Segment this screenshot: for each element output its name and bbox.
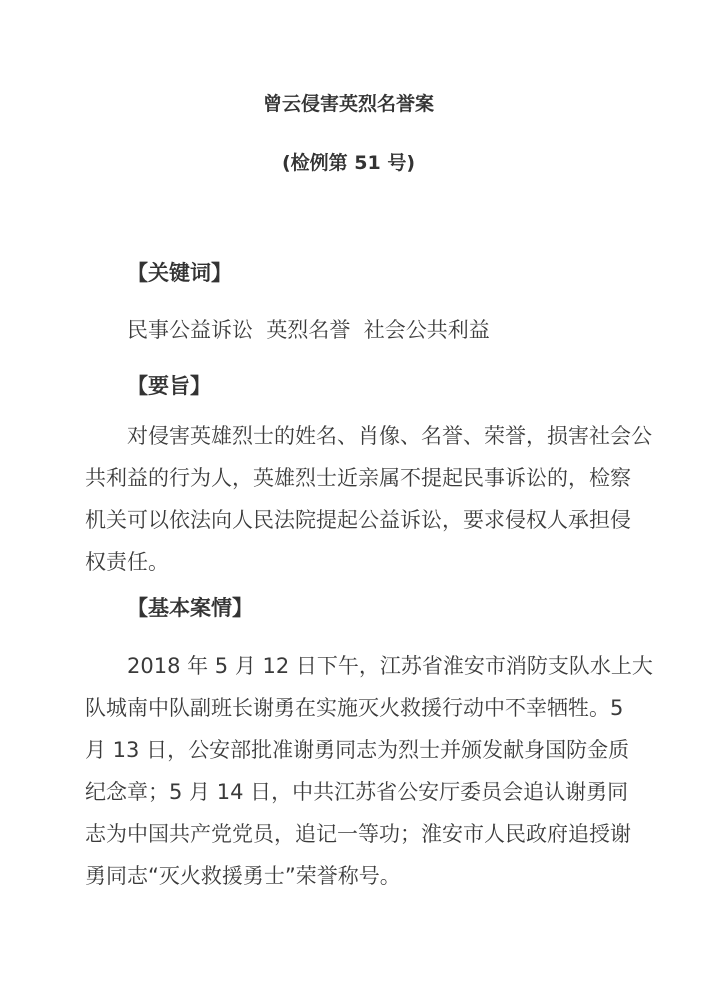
facts-line-6: 勇同志“灭火救援勇士”荣誉称号。 bbox=[85, 855, 612, 897]
summary-line-4: 权责任。 bbox=[85, 541, 612, 583]
summary-line-3: 机关可以依法向人民法院提起公益诉讼，要求侵权人承担侵 bbox=[85, 499, 612, 541]
summary-paragraph: 对侵害英雄烈士的姓名、肖像、名誉、荣誉，损害社会公 共利益的行为人，英雄烈士近亲… bbox=[85, 415, 612, 583]
summary-line-2: 共利益的行为人，英雄烈士近亲属不提起民事诉讼的，检察 bbox=[85, 457, 612, 499]
facts-line-2: 队城南中队副班长谢勇在实施灭火救援行动中不幸牺牲。5 bbox=[85, 687, 612, 729]
facts-line-1: 2018 年 5 月 12 日下午，江苏省淮安市消防支队水上大 bbox=[85, 645, 612, 687]
summary-heading: 【要旨】 bbox=[85, 375, 612, 398]
document-page: 曾云侵害英烈名誉案 (检例第 51 号) 【关键词】 民事公益诉讼 英烈名誉 社… bbox=[0, 0, 707, 999]
document-title: 曾云侵害英烈名誉案 bbox=[85, 0, 612, 115]
facts-line-3: 月 13 日，公安部批准谢勇同志为烈士并颁发献身国防金质 bbox=[85, 729, 612, 771]
facts-paragraph: 2018 年 5 月 12 日下午，江苏省淮安市消防支队水上大 队城南中队副班长… bbox=[85, 645, 612, 897]
facts-line-4: 纪念章；5 月 14 日，中共江苏省公安厅委员会追认谢勇同 bbox=[85, 771, 612, 813]
summary-line-1: 对侵害英雄烈士的姓名、肖像、名誉、荣誉，损害社会公 bbox=[85, 415, 612, 457]
facts-line-5: 志为中国共产党党员，追记一等功；淮安市人民政府追授谢 bbox=[85, 813, 612, 855]
keywords-heading: 【关键词】 bbox=[85, 262, 612, 285]
case-number: (检例第 51 号) bbox=[85, 153, 612, 174]
keywords-content: 民事公益诉讼 英烈名誉 社会公共利益 bbox=[85, 319, 612, 342]
facts-heading: 【基本案情】 bbox=[85, 597, 612, 620]
